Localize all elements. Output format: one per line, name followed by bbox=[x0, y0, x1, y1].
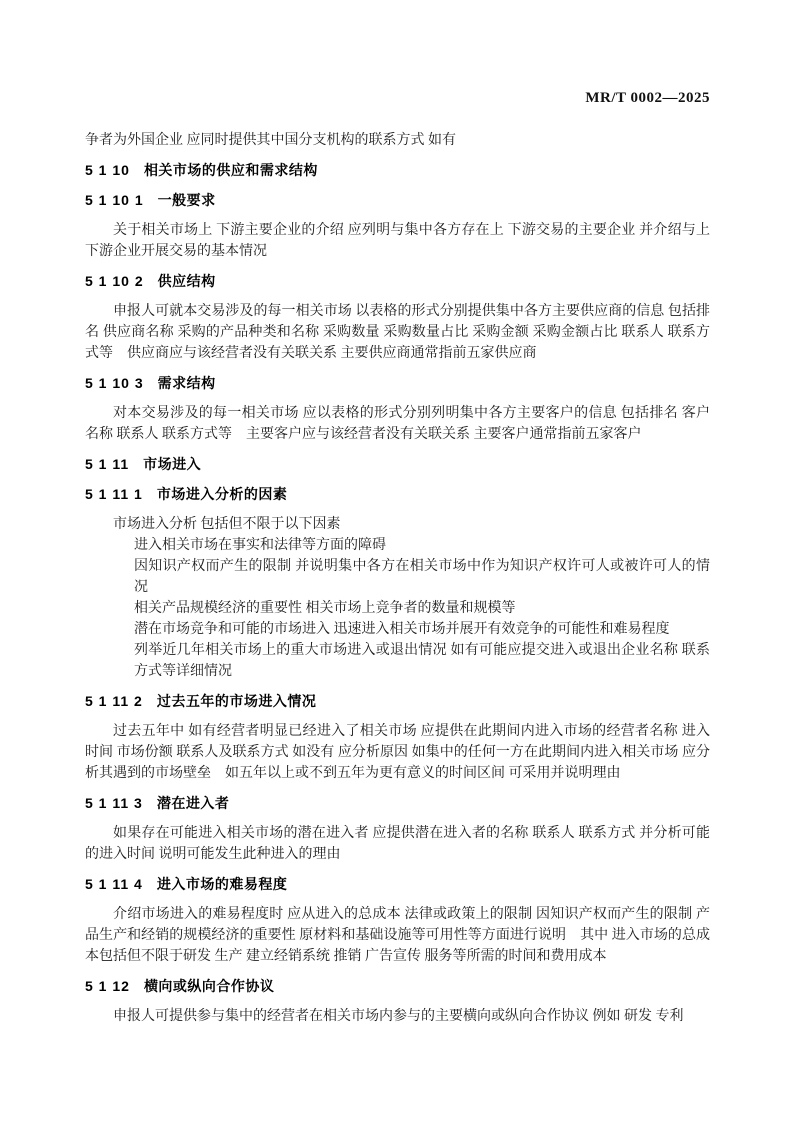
heading-number: 5 1 10 1 bbox=[85, 192, 144, 208]
heading-title: 市场进入 bbox=[143, 456, 201, 472]
section-heading: 5 1 12横向或纵向合作协议 bbox=[85, 976, 710, 997]
section-heading: 5 1 10 1一般要求 bbox=[85, 190, 710, 211]
paragraph: 对本交易涉及的每一相关市场 应以表格的形式分别列明集中各方主要客户的信息 包括排… bbox=[85, 403, 710, 445]
section-heading: 5 1 10 3需求结构 bbox=[85, 373, 710, 394]
list-item: 进入相关市场在事实和法律等方面的障碍 bbox=[134, 535, 710, 556]
heading-title: 一般要求 bbox=[158, 192, 216, 208]
heading-title: 需求结构 bbox=[158, 375, 216, 391]
paragraph: 介绍市场进入的难易程度时 应从进入的总成本 法律或政策上的限制 因知识产权而产生… bbox=[85, 904, 710, 967]
heading-title: 潜在进入者 bbox=[157, 795, 230, 811]
paragraph: 申报人可提供参与集中的经营者在相关市场内参与的主要横向或纵向合作协议 例如 研发… bbox=[85, 1006, 710, 1027]
list-item: 列举近几年相关市场上的重大市场进入或退出情况 如有可能应提交进入或退出企业名称 … bbox=[134, 640, 710, 682]
heading-title: 相关市场的供应和需求结构 bbox=[144, 162, 318, 178]
section-heading: 5 1 11市场进入 bbox=[85, 454, 710, 475]
paragraph: 争者为外国企业 应同时提供其中国分支机构的联系方式 如有 bbox=[85, 130, 710, 151]
section-heading: 5 1 11 2过去五年的市场进入情况 bbox=[85, 691, 710, 712]
heading-title: 过去五年的市场进入情况 bbox=[157, 693, 317, 709]
document-page: MR/T 0002—2025 争者为外国企业 应同时提供其中国分支机构的联系方式… bbox=[0, 0, 793, 1122]
heading-number: 5 1 10 2 bbox=[85, 273, 144, 289]
paragraph: 关于相关市场上 下游主要企业的介绍 应列明与集中各方存在上 下游交易的主要企业 … bbox=[85, 220, 710, 262]
section-heading: 5 1 10相关市场的供应和需求结构 bbox=[85, 160, 710, 181]
heading-title: 供应结构 bbox=[158, 273, 216, 289]
heading-number: 5 1 11 4 bbox=[85, 876, 143, 892]
heading-title: 进入市场的难易程度 bbox=[157, 876, 288, 892]
heading-number: 5 1 12 bbox=[85, 978, 130, 994]
document-body: 争者为外国企业 应同时提供其中国分支机构的联系方式 如有5 1 10相关市场的供… bbox=[85, 130, 710, 1027]
list-item: 相关产品规模经济的重要性 相关市场上竞争者的数量和规模等 bbox=[134, 598, 710, 619]
heading-number: 5 1 11 2 bbox=[85, 693, 143, 709]
heading-number: 5 1 10 3 bbox=[85, 375, 144, 391]
factor-list: 市场进入分析 包括但不限于以下因素进入相关市场在事实和法律等方面的障碍因知识产权… bbox=[85, 514, 710, 682]
section-heading: 5 1 11 3潜在进入者 bbox=[85, 793, 710, 814]
paragraph: 申报人可就本交易涉及的每一相关市场 以表格的形式分别提供集中各方主要供应商的信息… bbox=[85, 301, 710, 364]
paragraph: 过去五年中 如有经营者明显已经进入了相关市场 应提供在此期间内进入市场的经营者名… bbox=[85, 721, 710, 784]
heading-number: 5 1 10 bbox=[85, 162, 130, 178]
heading-number: 5 1 11 bbox=[85, 456, 129, 472]
list-item: 因知识产权而产生的限制 并说明集中各方在相关市场中作为知识产权许可人或被许可人的… bbox=[134, 556, 710, 598]
heading-number: 5 1 11 3 bbox=[85, 795, 143, 811]
heading-number: 5 1 11 1 bbox=[85, 486, 143, 502]
section-heading: 5 1 11 4进入市场的难易程度 bbox=[85, 874, 710, 895]
section-heading: 5 1 10 2供应结构 bbox=[85, 271, 710, 292]
heading-title: 市场进入分析的因素 bbox=[157, 486, 288, 502]
list-lead: 市场进入分析 包括但不限于以下因素 bbox=[85, 514, 710, 535]
list-item: 潜在市场竞争和可能的市场进入 迅速进入相关市场并展开有效竞争的可能性和难易程度 bbox=[134, 619, 710, 640]
standard-number: MR/T 0002—2025 bbox=[85, 91, 710, 106]
heading-title: 横向或纵向合作协议 bbox=[144, 978, 275, 994]
section-heading: 5 1 11 1市场进入分析的因素 bbox=[85, 484, 710, 505]
paragraph: 如果存在可能进入相关市场的潜在进入者 应提供潜在进入者的名称 联系人 联系方式 … bbox=[85, 823, 710, 865]
